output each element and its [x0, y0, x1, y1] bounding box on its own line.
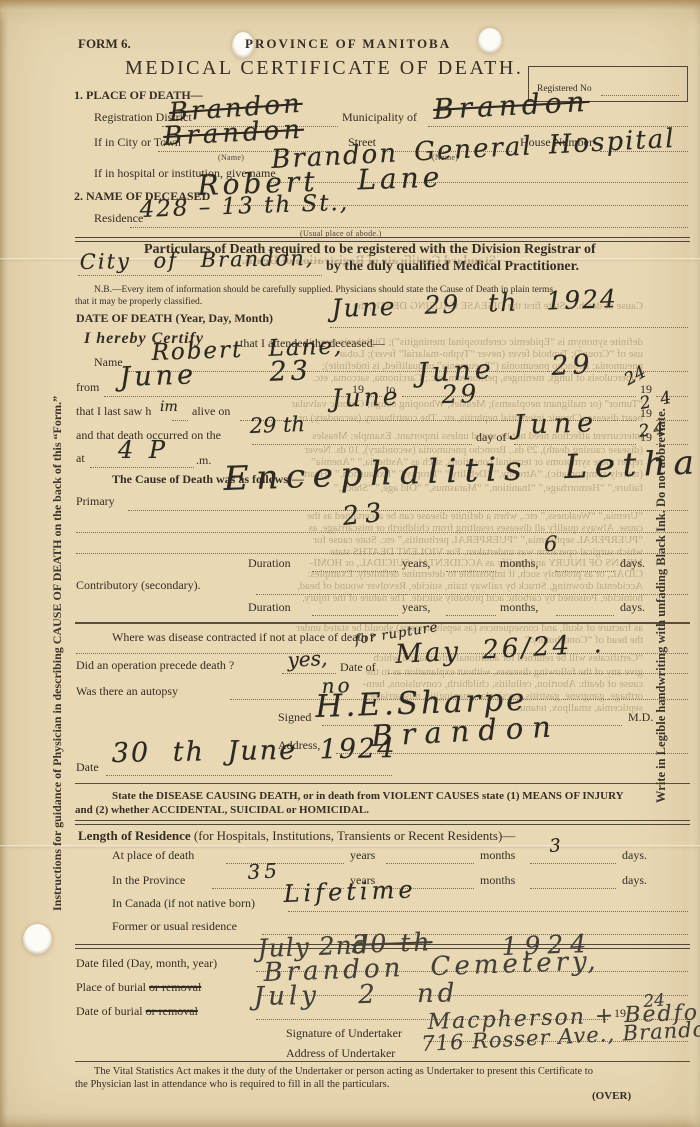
- field-line: [104, 395, 350, 397]
- left-margin-instructions: Instructions for guidance of Physician i…: [50, 332, 65, 974]
- field-line: [556, 614, 614, 616]
- field-line: [172, 419, 188, 421]
- burial-place-label: Place of burial or removal: [76, 980, 201, 995]
- months-label: months,: [500, 556, 538, 571]
- months-label: months: [480, 848, 515, 863]
- where-contracted-label: Where was disease contracted if not at p…: [112, 630, 375, 645]
- field-line: [106, 774, 392, 776]
- at-place-label: At place of death: [112, 848, 194, 863]
- field-line: [446, 614, 496, 616]
- violent-note-1: State the DISEASE CAUSING DEATH, or in d…: [112, 790, 624, 802]
- field-line: [312, 614, 398, 616]
- or-removal-struck: or removal: [146, 1004, 198, 1018]
- hw-province-years: 35: [247, 860, 281, 882]
- field-line: [556, 570, 614, 572]
- registered-no-line: [601, 94, 679, 96]
- nb-note-2: that it may be properly classified.: [75, 297, 202, 307]
- years-label: years,: [402, 556, 430, 571]
- burial-date-label-text: Date of burial: [76, 1004, 146, 1018]
- alive-on-label: alive on: [192, 404, 230, 419]
- last-saw-label: that I last saw h: [76, 404, 151, 419]
- hw-residence: 428 – 13 th St.,: [139, 192, 349, 222]
- field-line: [530, 887, 616, 889]
- days-label: days.: [622, 848, 647, 863]
- operation-label: Did an operation precede death ?: [76, 658, 234, 673]
- punch-hole: [478, 28, 502, 54]
- hw-occurred-month: June: [513, 409, 599, 439]
- residence-label: Residence: [94, 211, 143, 226]
- hw-from-date: June 23: [119, 357, 312, 391]
- hw-municipality: Brandon: [433, 88, 591, 124]
- form-number: FORM 6.: [78, 36, 131, 52]
- footer-note-2: the Physician last in attendance who is …: [75, 1079, 389, 1090]
- field-line: [90, 466, 194, 468]
- meridiem-label: .m.: [196, 453, 211, 468]
- hw-certificate-date: 30 th June 1924: [112, 735, 397, 767]
- duration-label: Duration: [248, 556, 291, 571]
- field-line: [330, 326, 688, 328]
- years-label: years: [350, 848, 375, 863]
- divider: [75, 1061, 690, 1062]
- divider: [75, 783, 690, 784]
- field-line: [78, 274, 322, 276]
- canada-label: In Canada (if not native born): [112, 896, 255, 911]
- violent-note-2: and (2) whether ACCIDENTAL, SUICIDAL or …: [75, 804, 369, 816]
- field-line: [256, 593, 688, 595]
- contributory-label: Contributory (secondary).: [76, 578, 201, 593]
- name-hint: (Name): [218, 153, 244, 162]
- bleedthrough-line: “PUERPERAL septicemia,” “PUERPERAL perit…: [95, 534, 643, 546]
- residence-heading: Length of Residence (for Hospitals, Inst…: [78, 828, 515, 844]
- hw-primary-cause: Encephalitis Lethargica: [223, 441, 700, 495]
- hw-duration-days: 6: [544, 534, 557, 555]
- hw-last-saw-date: June 29: [331, 381, 480, 411]
- bleedthrough-line: MEANS OF INJURY and qualify as ACCIDENTA…: [95, 557, 643, 569]
- day-of-label: day of: [476, 430, 506, 445]
- autopsy-label: Was there an autopsy: [76, 684, 178, 699]
- hw-at-place-days: 3: [549, 837, 562, 856]
- field-line: [130, 226, 688, 228]
- burial-place-label-text: Place of burial: [76, 980, 149, 994]
- hw-registrar: City of Brandon,: [80, 248, 315, 273]
- right-margin-instructions: Write in Legible handwriting with unfadi…: [654, 328, 669, 884]
- md-label: M.D.: [628, 710, 653, 725]
- years-label: years,: [402, 600, 430, 615]
- field-line: [446, 570, 496, 572]
- field-line: [76, 552, 688, 554]
- hw-canada-value: Lifetime: [283, 877, 417, 906]
- date-filed-label: Date filed (Day, month, year): [76, 956, 217, 971]
- section-divider: [75, 622, 690, 624]
- punch-hole: [23, 924, 52, 955]
- from-label: from: [76, 380, 99, 395]
- date-label: Date: [76, 760, 99, 775]
- section-divider: [75, 820, 690, 825]
- undertaker-addr-label: Address of Undertaker: [286, 1046, 395, 1061]
- days-label: days.: [622, 873, 647, 888]
- province-heading: PROVINCE OF MANITOBA: [245, 36, 451, 52]
- or-removal-struck: or removal: [149, 980, 201, 994]
- field-line: [128, 509, 688, 511]
- signed-label: Signed: [278, 710, 311, 725]
- days-label: days.: [620, 556, 645, 571]
- municipality-label: Municipality of: [342, 110, 417, 125]
- residence-heading-bold: Length of Residence: [78, 828, 191, 843]
- hw-occurred-day: 29 th: [249, 414, 305, 437]
- hw-duration-annotation: 23: [341, 499, 389, 530]
- field-line: [312, 570, 398, 572]
- hw-him-insert: im: [160, 400, 178, 414]
- field-line: [388, 672, 688, 674]
- months-label: months: [480, 873, 515, 888]
- province-label: In the Province: [112, 873, 185, 888]
- months-label: months,: [500, 600, 538, 615]
- field-line: [530, 862, 616, 864]
- field-line: [288, 910, 688, 912]
- field-line: [252, 443, 472, 445]
- hw-burial-date: July 2 nd: [254, 980, 459, 1010]
- over-label: (OVER): [592, 1090, 631, 1102]
- burial-date-label: Date of burial or removal: [76, 1004, 198, 1019]
- footer-note-1: The Vital Statistics Act makes it the du…: [94, 1066, 593, 1077]
- death-certificate-scan: Standard Certificate of Registration of …: [0, 0, 700, 1127]
- field-line: [386, 862, 474, 864]
- primary-label: Primary: [76, 494, 115, 509]
- hw-occurred-year: 24: [638, 420, 670, 441]
- residence-heading-rest: (for Hospitals, Institutions, Transients…: [191, 828, 516, 843]
- duration-label: Duration: [248, 600, 291, 615]
- hw-time-of-death: 4 P: [118, 438, 169, 462]
- date-of-death-label: DATE OF DEATH (Year, Day, Month): [76, 311, 273, 326]
- field-line: [76, 531, 688, 533]
- field-line: [226, 862, 344, 864]
- hw-operation-answer: yes,: [287, 648, 328, 670]
- former-residence-label: Former or usual residence: [112, 919, 237, 934]
- page-title: MEDICAL CERTIFICATE OF DEATH.: [125, 57, 523, 80]
- particulars-heading-2: by the duly qualified Medical Practition…: [326, 259, 579, 275]
- at-label: at: [76, 451, 85, 466]
- undertaker-sig-label: Signature of Undertaker: [286, 1026, 402, 1041]
- hw-physician-address: Brandon: [370, 712, 560, 751]
- days-label: days.: [620, 600, 645, 615]
